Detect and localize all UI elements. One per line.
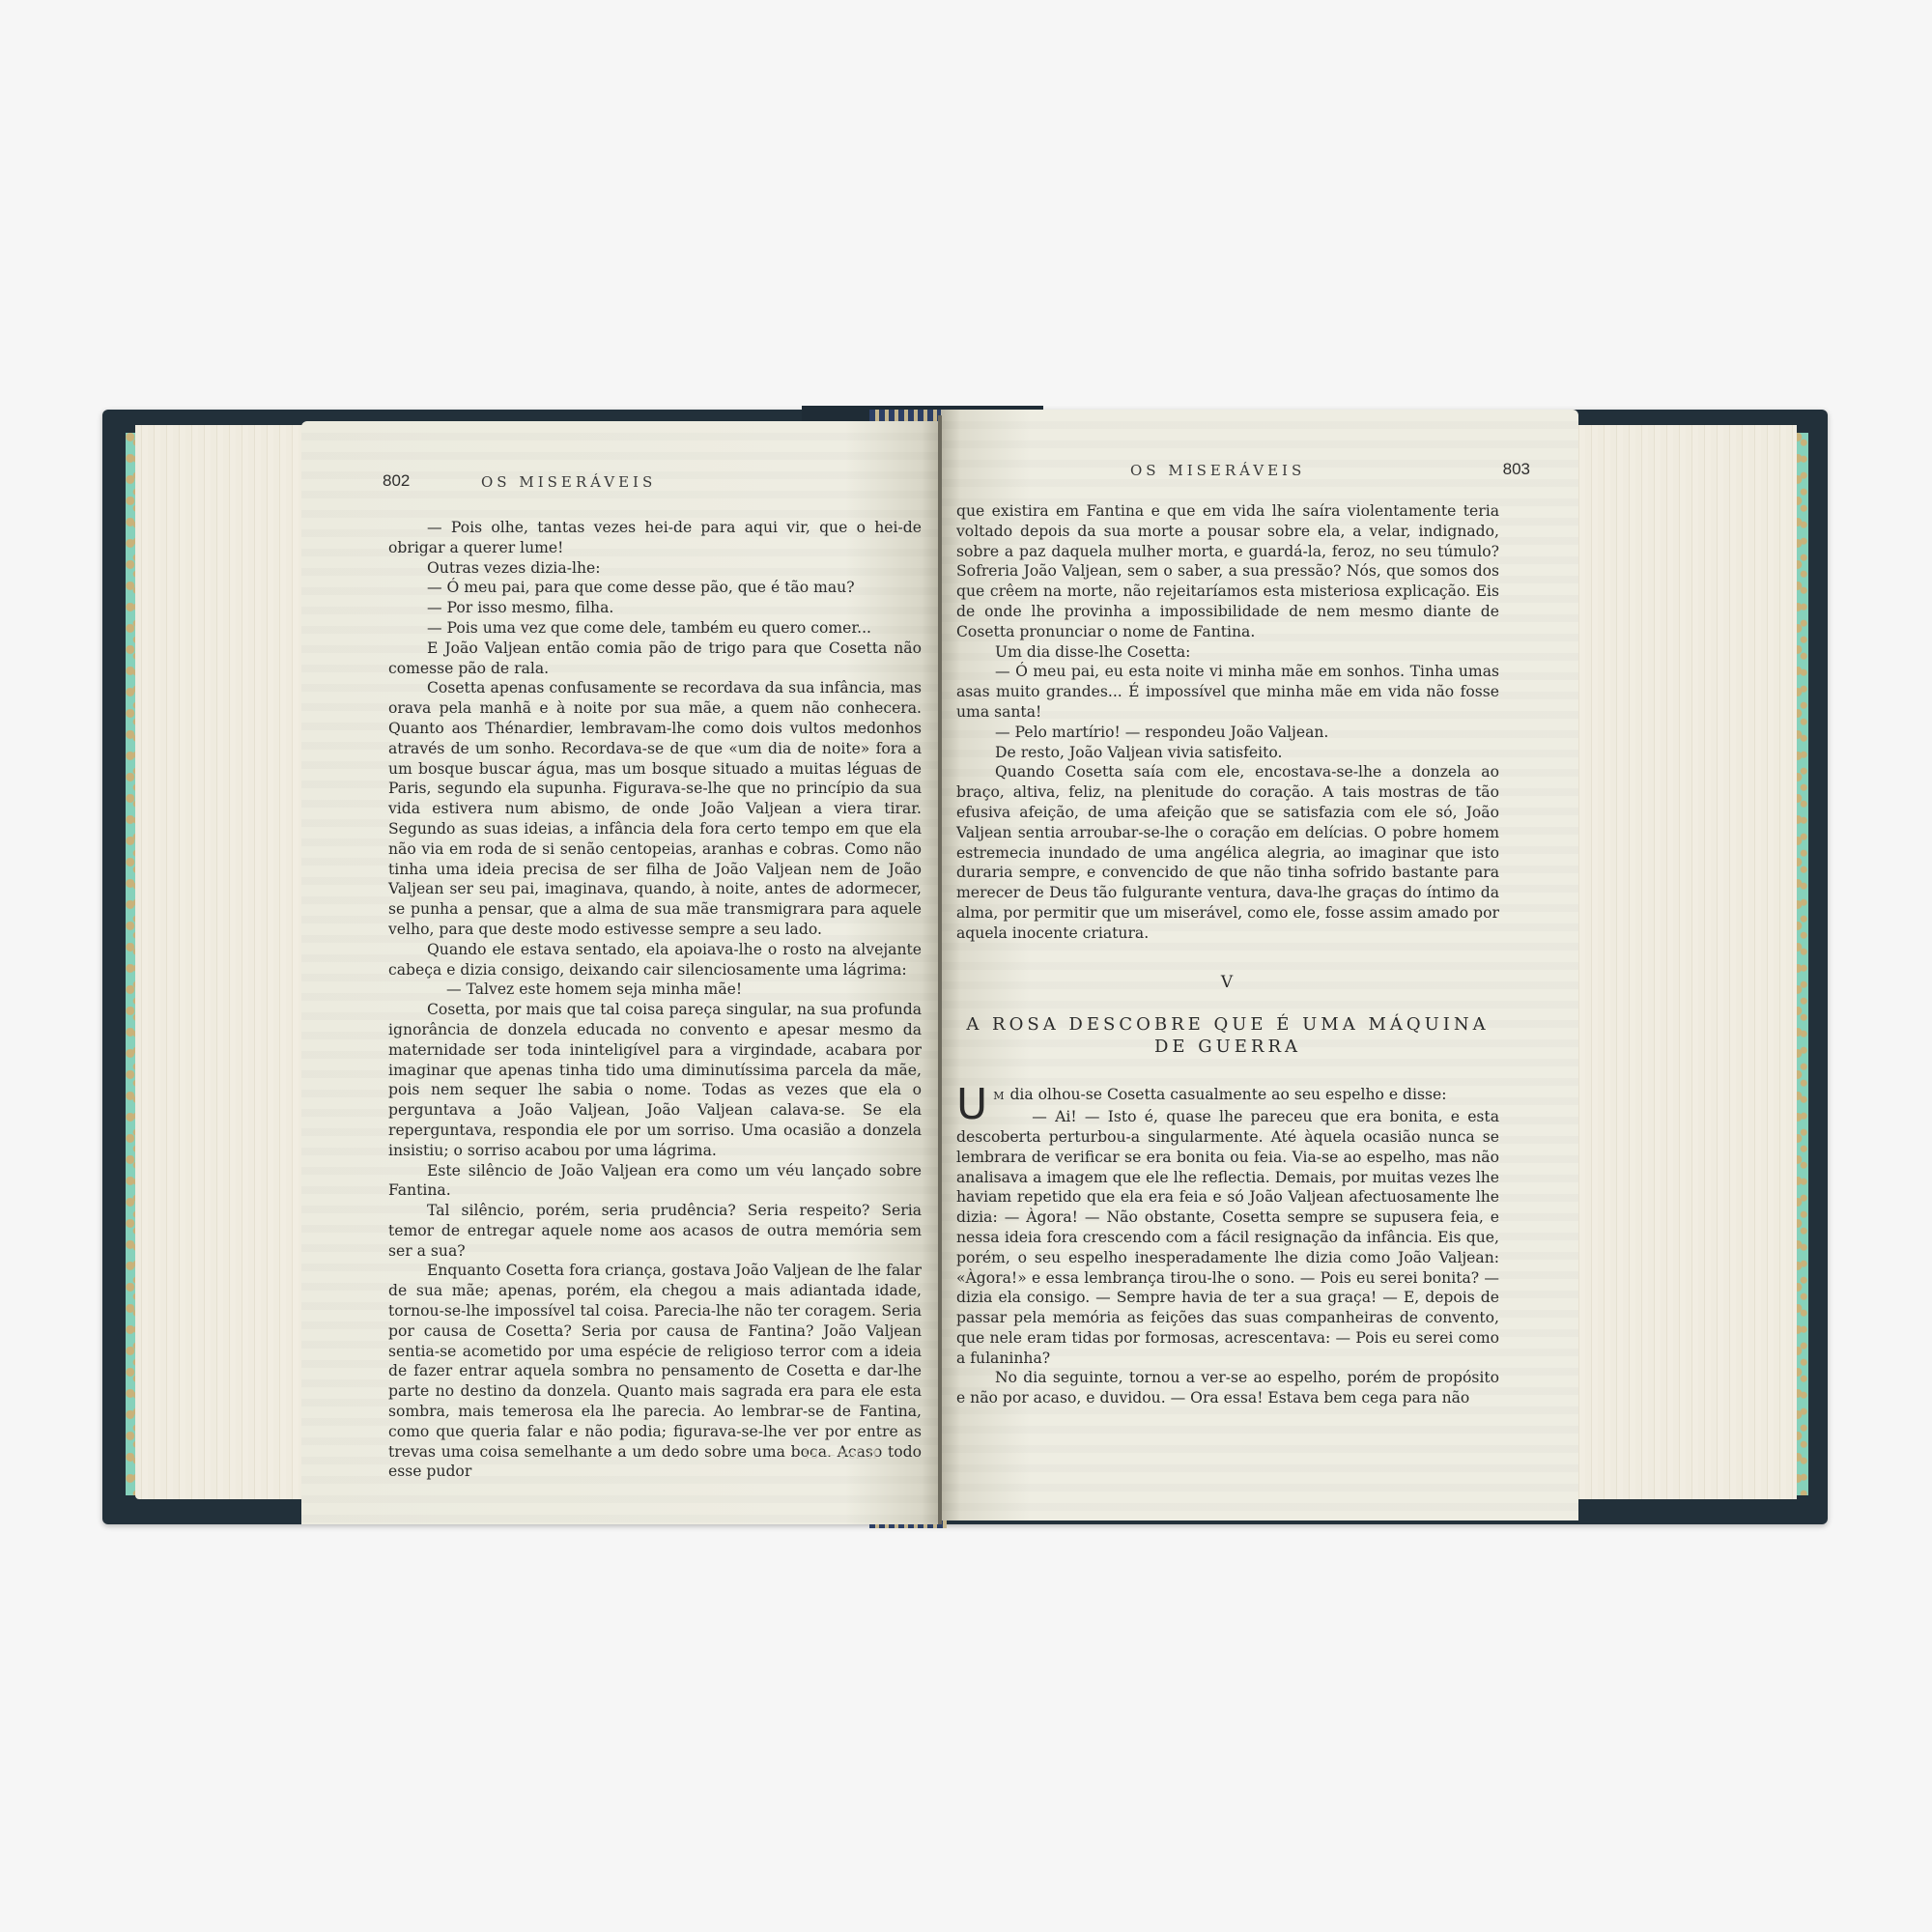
paragraph: Quando ele estava sentado, ela apoiava-l… <box>388 940 922 980</box>
page-number: 803 <box>1503 460 1530 479</box>
page-block-edge-right <box>1573 425 1797 1499</box>
paragraph: que existira em Fantina e que em vida lh… <box>956 501 1499 642</box>
paragraph: De resto, João Valjean vivia satisfeito. <box>956 743 1499 763</box>
chapter-number: V <box>956 973 1499 993</box>
drop-cap: U <box>956 1087 987 1123</box>
paragraph: — Ó meu pai, eu esta noite vi minha mãe … <box>956 662 1499 722</box>
paragraph: — Ó meu pai, para que come desse pão, qu… <box>388 578 922 598</box>
paragraph: Outras vezes dizia-lhe: <box>388 558 922 579</box>
open-book: 802 OS MISERÁVEIS — Pois olhe, tantas ve… <box>0 0 1932 1932</box>
chapter-title: A ROSA DESCOBRE QUE É UMA MÁQUINA DE GUE… <box>956 1013 1499 1058</box>
paragraph: No dia seguinte, tornou a ver-se ao espe… <box>956 1368 1499 1408</box>
paragraph: Cosetta, por mais que tal coisa pareça s… <box>388 1000 922 1160</box>
paragraph: Este silêncio de João Valjean era como u… <box>388 1161 922 1202</box>
page-number: 802 <box>383 471 410 491</box>
book-gutter <box>938 415 942 1524</box>
running-head: OS MISERÁVEIS <box>1130 462 1305 479</box>
paragraph: — Pois uma vez que come dele, também eu … <box>388 618 922 639</box>
signature-mark: II .loV — 8? <box>804 1448 877 1463</box>
right-page: OS MISERÁVEIS 803 que existira em Fantin… <box>941 410 1578 1520</box>
paragraph: — Talvez este homem seja minha mãe! <box>388 980 922 1000</box>
paragraph: E João Valjean então comia pão de trigo … <box>388 639 922 679</box>
paragraph: Tal silêncio, porém, seria prudência? Se… <box>388 1201 922 1261</box>
paragraph: — Por isso mesmo, filha. <box>388 598 922 618</box>
opening-paragraph: UM dia olhou-se Cosetta casualmente ao s… <box>956 1085 1499 1107</box>
small-caps: M <box>993 1090 1005 1102</box>
body-text: — Pois olhe, tantas vezes hei-de para aq… <box>388 518 922 1482</box>
paragraph: — Pelo martírio! — respondeu João Valjea… <box>956 723 1499 743</box>
paragraph: Cosetta apenas confusamente se recordava… <box>388 678 922 939</box>
paragraph: — Ai! — Isto é, quase lhe pareceu que er… <box>956 1107 1499 1368</box>
paragraph: — Pois olhe, tantas vezes hei-de para aq… <box>388 518 922 558</box>
chapter-title-line: A ROSA DESCOBRE QUE É UMA MÁQUINA <box>956 1013 1499 1036</box>
paragraph: Quando Cosetta saía com ele, encostava-s… <box>956 762 1499 943</box>
body-text: que existira em Fantina e que em vida lh… <box>956 501 1499 1408</box>
paragraph: Um dia disse-lhe Cosetta: <box>956 642 1499 663</box>
paragraph-text: dia olhou-se Cosetta casualmente ao seu … <box>1005 1086 1446 1103</box>
running-head: OS MISERÁVEIS <box>481 473 656 491</box>
chapter-title-line: DE GUERRA <box>956 1036 1499 1058</box>
page-block-edge-left <box>135 425 309 1499</box>
left-page: 802 OS MISERÁVEIS — Pois olhe, tantas ve… <box>301 421 941 1524</box>
